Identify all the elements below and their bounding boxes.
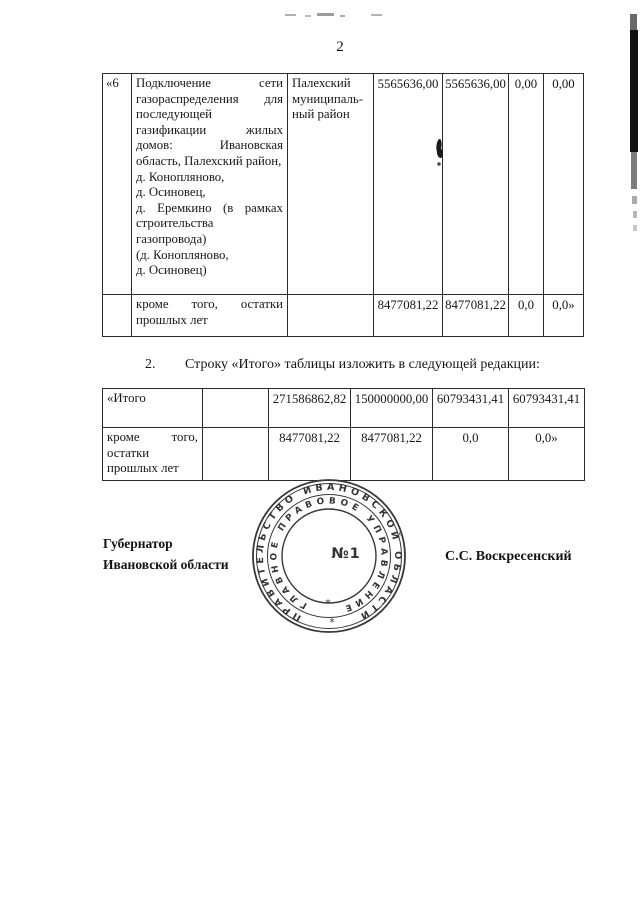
scan-artifact xyxy=(285,14,296,16)
amendment-paragraph: 2.Строку «Итого» таблицы изложить в след… xyxy=(145,355,585,375)
territory-cell xyxy=(288,295,374,337)
amount-cell-3: 0,0 xyxy=(509,295,544,337)
leftover-label-cell: кроме того, остатки прошлых лет xyxy=(103,428,203,481)
amount-cell-total: 8477081,22 xyxy=(374,295,443,337)
scan-artifact xyxy=(340,15,345,17)
amount-cell-budget: 8477081,22 xyxy=(443,295,509,337)
scan-artifact-edge xyxy=(633,211,637,218)
amount-cell-4: 0,0» xyxy=(544,295,584,337)
signer-position: Губернатор Ивановской области xyxy=(103,534,283,575)
ink-blot-artifact xyxy=(431,138,449,170)
stamp-inner-ring-text: ГЛАВНОЕ ПРАВОВОЕ УПРАВЛЕНИЕ xyxy=(269,496,388,614)
amount-cell-total: 5565636,00 xyxy=(374,74,443,295)
stamp-center-number: №1 xyxy=(331,546,361,562)
scan-artifact xyxy=(317,13,334,16)
amount-cell-budget: 150000000,00 xyxy=(351,389,433,428)
amount-cell-total: 8477081,22 xyxy=(269,428,351,481)
paragraph-number: 2. xyxy=(145,355,185,375)
document-page: 2 «6 Подключение сети газораспределения … xyxy=(0,0,640,905)
scan-artifact-edge xyxy=(633,225,637,231)
amount-cell-3: 0,0 xyxy=(433,428,509,481)
scan-artifact xyxy=(305,15,311,17)
signer-name: С.С. Воскресенский xyxy=(445,549,625,565)
program-name-cell: Подключение сети газораспределения для п… xyxy=(132,74,288,295)
leftover-label-cell: кроме того, остатки прошлых лет xyxy=(132,295,288,337)
paragraph-text: Строку «Итого» таблицы изложить в следую… xyxy=(185,357,540,372)
scan-artifact-edge xyxy=(631,152,637,189)
amount-cell-4: 0,00 xyxy=(544,74,584,295)
row-number-cell: «6 xyxy=(103,74,132,295)
table-row: кроме того, остатки прошлых лет 8477081,… xyxy=(103,295,584,337)
empty-cell xyxy=(203,389,269,428)
amount-cell-3: 60793431,41 xyxy=(433,389,509,428)
table-row: «Итого 271586862,82 150000000,00 6079343… xyxy=(103,389,585,428)
amount-cell-4: 0,0» xyxy=(509,428,585,481)
page-number: 2 xyxy=(328,39,352,56)
scan-artifact-edge xyxy=(630,14,637,30)
table-row: кроме того, остатки прошлых лет 8477081,… xyxy=(103,428,585,481)
scan-artifact-edge xyxy=(632,196,637,204)
totals-table: «Итого 271586862,82 150000000,00 6079343… xyxy=(102,388,585,481)
amount-cell-budget: 5565636,00 xyxy=(443,74,509,295)
stamp-separator-star-outer: * xyxy=(329,616,335,629)
territory-cell: Палехский муниципаль- ный район xyxy=(288,74,374,295)
amount-cell-4: 60793431,41 xyxy=(509,389,585,428)
amount-cell-3: 0,00 xyxy=(509,74,544,295)
amount-cell-total: 271586862,82 xyxy=(269,389,351,428)
stamp-separator-star-inner: * xyxy=(325,597,331,610)
amount-cell-budget: 8477081,22 xyxy=(351,428,433,481)
total-label-cell: «Итого xyxy=(103,389,203,428)
amendment-table-row6: «6 Подключение сети газораспределения дл… xyxy=(102,73,584,337)
row-number-cell xyxy=(103,295,132,337)
empty-cell xyxy=(203,428,269,481)
scan-artifact-edge xyxy=(630,30,638,152)
table-row: «6 Подключение сети газораспределения дл… xyxy=(103,74,584,295)
scan-artifact xyxy=(371,14,382,16)
